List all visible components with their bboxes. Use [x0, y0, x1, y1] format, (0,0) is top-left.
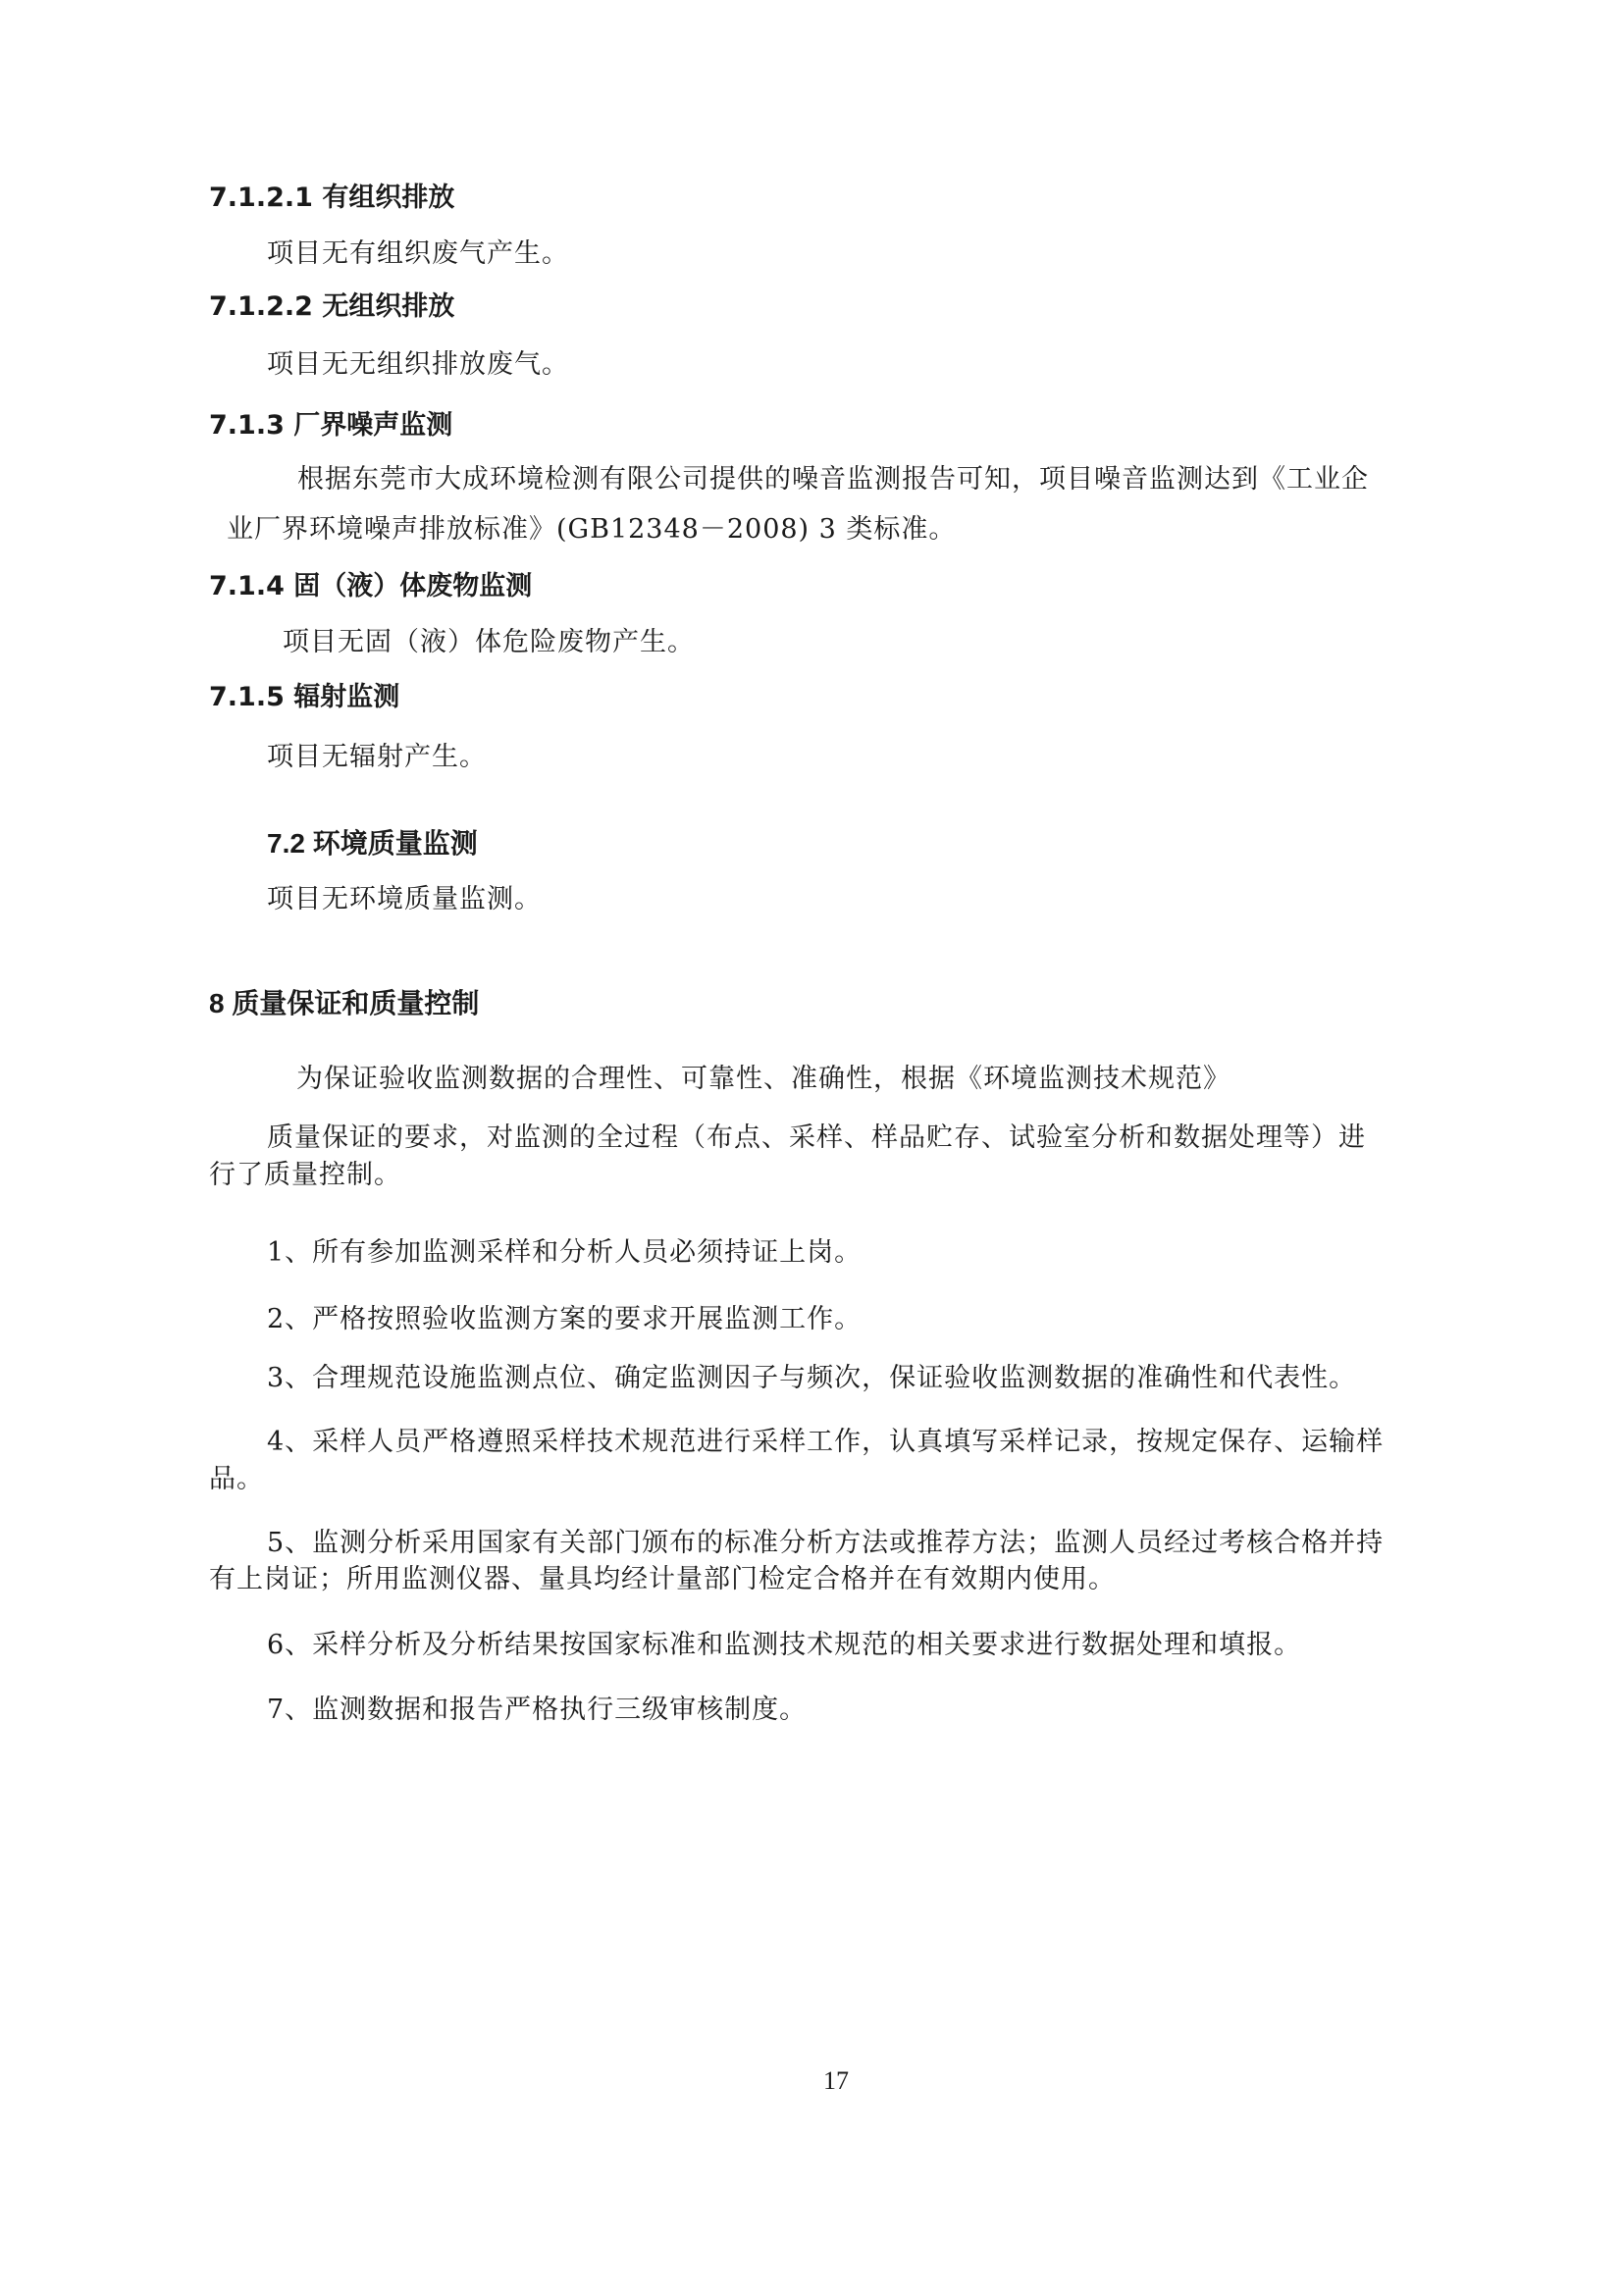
heading-8: 8 质量保证和质量控制: [209, 990, 479, 1018]
paragraph-7-1-3-line-2: 业厂界环境噪声排放标准》(GB12348－2008) 3 类标准。: [227, 516, 956, 543]
paragraph-7-1-4: 项目无固（液）体危险废物产生。: [283, 629, 695, 655]
list-item-1: 1、所有参加监测采样和分析人员必须持证上岗。: [267, 1239, 862, 1266]
paragraph-7-1-3-line-1: 根据东莞市大成环境检测有限公司提供的噪音监测报告可知，项目噪音监测达到《工业企: [297, 466, 1369, 493]
list-item-5-line-2: 有上岗证；所用监测仪器、量具均经计量部门检定合格并在有效期内使用。: [209, 1566, 1116, 1592]
heading-7-1-2-2: 7.1.2.2 无组织排放: [209, 293, 454, 320]
document-page: 7.1.2.1 有组织排放 项目无有组织废气产生。 7.1.2.2 无组织排放 …: [0, 0, 1623, 2296]
list-item-4-line-2: 品。: [209, 1466, 264, 1492]
paragraph-7-2: 项目无环境质量监测。: [267, 886, 542, 913]
paragraph-7-1-5: 项目无辐射产生。: [267, 744, 487, 770]
page-number: 17: [823, 2068, 849, 2094]
paragraph-8-line-2: 行了质量控制。: [209, 1162, 401, 1188]
list-item-5-line-1: 5、监测分析采用国家有关部门颁布的标准分析方法或推荐方法；监测人员经过考核合格并…: [267, 1530, 1384, 1556]
paragraph-7-1-2-1: 项目无有组织废气产生。: [267, 240, 569, 267]
heading-7-1-3: 7.1.3 厂界噪声监测: [209, 412, 452, 439]
list-item-6: 6、采样分析及分析结果按国家标准和监测技术规范的相关要求进行数据处理和填报。: [267, 1632, 1301, 1658]
paragraph-8-intro: 为保证验收监测数据的合理性、可靠性、准确性，根据《环境监测技术规范》: [296, 1066, 1230, 1092]
heading-7-1-4: 7.1.4 固（液）体废物监测: [209, 573, 532, 600]
heading-7-2: 7.2 环境质量监测: [267, 830, 478, 858]
list-item-3: 3、合理规范设施监测点位、确定监测因子与频次，保证验收监测数据的准确性和代表性。: [267, 1365, 1356, 1391]
heading-7-1-5: 7.1.5 辐射监测: [209, 684, 399, 710]
list-item-4-line-1: 4、采样人员严格遵照采样技术规范进行采样工作，认真填写采样记录，按规定保存、运输…: [267, 1429, 1384, 1455]
list-item-7: 7、监测数据和报告严格执行三级审核制度。: [267, 1696, 807, 1723]
paragraph-8-line-1: 质量保证的要求，对监测的全过程（布点、采样、样品贮存、试验室分析和数据处理等）进: [267, 1124, 1366, 1151]
list-item-2: 2、严格按照验收监测方案的要求开展监测工作。: [267, 1306, 862, 1332]
heading-7-1-2-1: 7.1.2.1 有组织排放: [209, 184, 454, 211]
paragraph-7-1-2-2: 项目无无组织排放废气。: [267, 351, 569, 378]
